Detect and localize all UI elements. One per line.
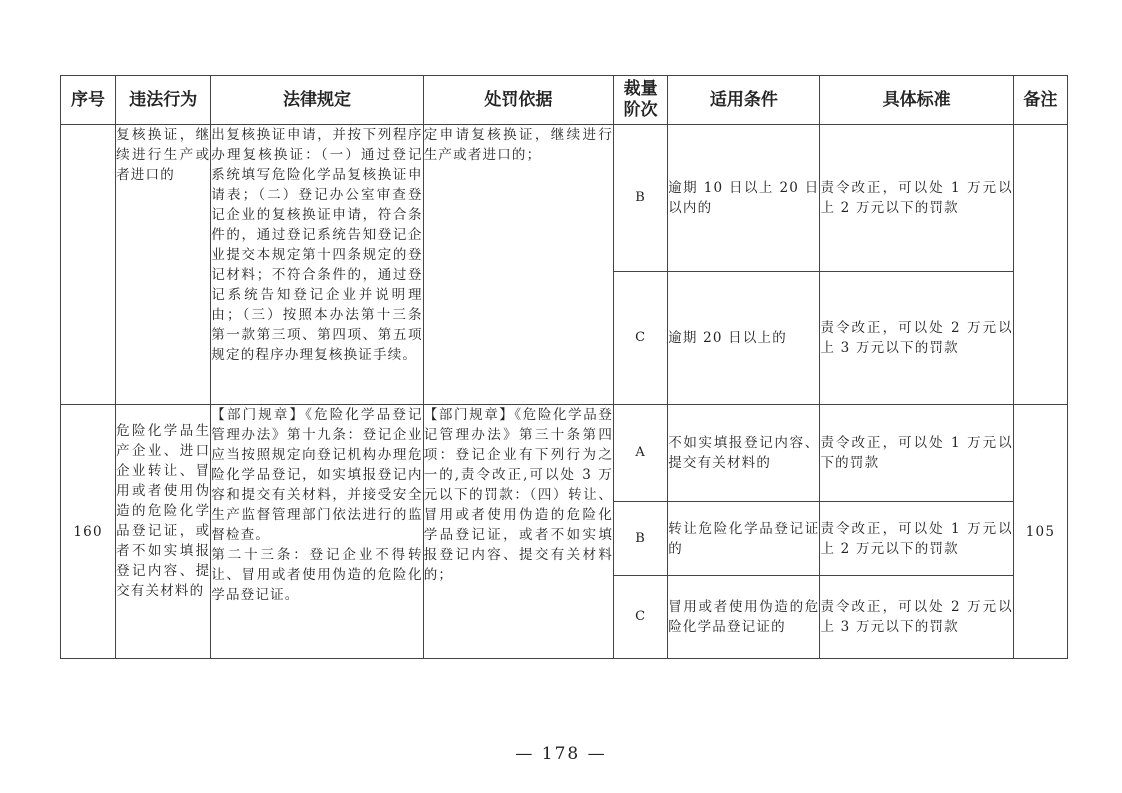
cell-grade: A <box>614 405 668 502</box>
cell-condition: 逾期 10 日以上 20 日以内的 <box>668 125 820 272</box>
header-level: 裁量阶次 <box>614 76 668 125</box>
page-number: — 178 — <box>0 744 1122 764</box>
cell-grade: B <box>614 502 668 576</box>
header-condition: 适用条件 <box>668 76 820 125</box>
header-standard: 具体标准 <box>820 76 1013 125</box>
header-basis: 处罚依据 <box>423 76 613 125</box>
header-violation: 违法行为 <box>116 76 211 125</box>
header-row: 序号 违法行为 法律规定 处罚依据 裁量阶次 适用条件 具体标准 备注 <box>61 76 1068 125</box>
cell-violation: 复核换证，继续进行生产或者进口的 <box>116 125 211 405</box>
cell-condition: 不如实填报登记内容、提交有关材料的 <box>668 405 820 502</box>
header-remark: 备注 <box>1013 76 1067 125</box>
cell-no: 160 <box>61 405 116 659</box>
cell-grade: C <box>614 272 668 405</box>
cell-standard: 责令改正，可以处 1 万元以下的罚款 <box>820 405 1013 502</box>
cell-remark: 105 <box>1013 405 1067 659</box>
cell-law: 【部门规章】《危险化学品登记管理办法》第十九条：登记企业应当按照规定向登记机构办… <box>211 405 423 659</box>
cell-standard: 责令改正，可以处 2 万元以上 3 万元以下的罚款 <box>820 272 1013 405</box>
cell-violation: 危险化学品生产企业、进口企业转让、冒用或者使用伪造的危险化学品登记证，或者不如实… <box>116 405 211 659</box>
law-paragraph-1: 【部门规章】《危险化学品登记管理办法》第十九条：登记企业应当按照规定向登记机构办… <box>211 405 422 545</box>
cell-condition: 逾期 20 日以上的 <box>668 272 820 405</box>
cell-basis: 【部门规章】《危险化学品登记管理办法》第三十条第四项：登记企业有下列行为之一的,… <box>423 405 613 659</box>
cell-condition: 转让危险化学品登记证的 <box>668 502 820 576</box>
cell-standard: 责令改正，可以处 1 万元以上 2 万元以下的罚款 <box>820 502 1013 576</box>
cell-remark <box>1013 125 1067 405</box>
penalty-discretion-table: 序号 违法行为 法律规定 处罚依据 裁量阶次 适用条件 具体标准 备注 复核换证… <box>60 75 1068 659</box>
cell-grade: B <box>614 125 668 272</box>
cell-basis: 定申请复核换证，继续进行生产或者进口的； <box>423 125 613 405</box>
cell-law: 出复核换证申请，并按下列程序办理复核换证：（一）通过登记系统填写危险化学品复核换… <box>211 125 423 405</box>
header-no: 序号 <box>61 76 116 125</box>
table-row: 160 危险化学品生产企业、进口企业转让、冒用或者使用伪造的危险化学品登记证，或… <box>61 405 1068 502</box>
cell-no <box>61 125 116 405</box>
header-law: 法律规定 <box>211 76 423 125</box>
cell-grade: C <box>614 576 668 659</box>
cell-standard: 责令改正，可以处 1 万元以上 2 万元以下的罚款 <box>820 125 1013 272</box>
cell-condition: 冒用或者使用伪造的危险化学品登记证的 <box>668 576 820 659</box>
law-paragraph-2: 第二十三条：登记企业不得转让、冒用或者使用伪造的危险化学品登记证。 <box>211 545 422 605</box>
table-row: 复核换证，继续进行生产或者进口的 出复核换证申请，并按下列程序办理复核换证：（一… <box>61 125 1068 272</box>
cell-standard: 责令改正，可以处 2 万元以上 3 万元以下的罚款 <box>820 576 1013 659</box>
